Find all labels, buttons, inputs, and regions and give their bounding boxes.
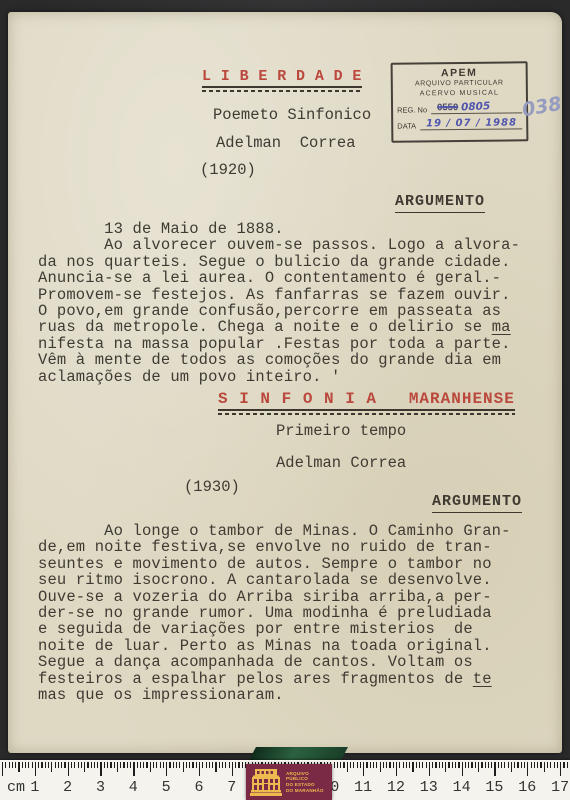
ruler-tick	[58, 762, 59, 768]
section2-argument-heading: ARGUMENTO	[432, 493, 522, 513]
building-icon	[249, 767, 283, 797]
ruler-tick	[15, 762, 16, 768]
ruler-tick	[137, 762, 138, 768]
ruler-tick	[84, 762, 85, 772]
section2-year: (1930)	[184, 478, 240, 496]
typewritten-line: der-se no grande rumor. Uma modinha é pr…	[38, 605, 511, 621]
ruler-tick	[547, 762, 548, 768]
ruler-tick	[370, 762, 371, 768]
typewritten-line: mas que os impressionaram.	[38, 687, 511, 703]
ruler-tick	[153, 762, 154, 768]
stamp-date-handwritten: 19 / 07 / 1988	[426, 117, 517, 129]
ruler-tick	[51, 762, 52, 772]
ruler-tick	[238, 762, 239, 768]
stamp-line-arquivo-particular: ARQUIVO PARTICULAR	[397, 79, 522, 87]
ruler-label: 11	[354, 779, 372, 796]
ruler-tick	[68, 762, 69, 776]
section1-paragraph: 13 de Maio de 1888. Ao alvorecer ouvem-s…	[38, 221, 520, 385]
section2-movement: Primeiro tempo	[276, 422, 406, 440]
typewritten-line: Ao longe o tambor de Minas. O Caminho Gr…	[38, 523, 511, 539]
stamp-reg-struck-number: 0550	[437, 102, 458, 113]
ruler-tick	[81, 762, 82, 768]
ruler-tick	[511, 762, 512, 772]
ruler-tick	[146, 762, 147, 768]
ruler-tick	[360, 762, 361, 768]
ruler-tick	[74, 762, 75, 768]
ruler-tick	[563, 762, 564, 768]
ruler-tick	[55, 762, 56, 768]
section2-author: Adelman Correa	[276, 454, 406, 472]
ruler-label: 4	[129, 779, 138, 796]
ruler-tick	[386, 762, 387, 768]
typewritten-line: aclamações de um povo inteiro. '	[38, 369, 520, 385]
ruler-tick	[22, 762, 23, 768]
ruler-tick	[462, 762, 463, 776]
ruler-tick	[97, 762, 98, 768]
ruler-label: 15	[485, 779, 503, 796]
ruler-tick	[376, 762, 377, 768]
typewritten-line: Anuncia-se a lei aurea. O contentamento …	[38, 270, 520, 286]
ruler-tick	[219, 762, 220, 768]
ruler-tick	[416, 762, 417, 768]
hyphenation-underline: te	[473, 670, 492, 688]
ruler-tick	[212, 762, 213, 768]
ruler-label: 3	[96, 779, 105, 796]
ruler-tick	[389, 762, 390, 768]
ruler-tick	[452, 762, 453, 768]
ruler-tick	[61, 762, 62, 768]
ruler-tick	[508, 762, 509, 768]
ruler-tick	[383, 762, 384, 768]
ruler-tick	[521, 762, 522, 768]
ruler-tick	[41, 762, 42, 768]
ruler-tick	[373, 762, 374, 768]
ruler-tick	[160, 762, 161, 768]
ruler-tick	[517, 762, 518, 768]
ruler-tick	[229, 762, 230, 768]
typewritten-line: da nos quarteis. Segue o bulicio da gran…	[38, 254, 520, 270]
hyphenation-underline: ma	[492, 318, 511, 336]
ruler-label: 6	[194, 779, 203, 796]
ruler-tick	[531, 762, 532, 768]
ruler-tick	[445, 762, 446, 772]
ruler-label: 5	[162, 779, 171, 796]
ruler-tick	[366, 762, 367, 768]
typewritten-line: seuntes e movimento de autos. Sempre o t…	[38, 556, 511, 572]
ruler-tick	[5, 762, 6, 768]
stamp-reg-row: REG. No 0550 0805	[397, 100, 522, 114]
ruler-tick	[186, 762, 187, 768]
typewritten-line: ruas da metropole. Chega a noite e o del…	[38, 319, 520, 335]
typewritten-line: O povo,em grande confusão,percorre em pa…	[38, 303, 520, 319]
archive-stamp: APEM ARQUIVO PARTICULAR ACERVO MUSICAL R…	[391, 61, 529, 142]
ruler-tick	[156, 762, 157, 768]
ruler-tick	[340, 762, 341, 768]
ruler-label: 16	[518, 779, 536, 796]
ruler-tick	[150, 762, 151, 772]
ruler-label: 12	[387, 779, 405, 796]
ruler-tick	[123, 762, 124, 768]
ruler-tick	[107, 762, 108, 768]
ruler-tick	[501, 762, 502, 768]
ruler-label: 14	[453, 779, 471, 796]
section1-year: (1920)	[200, 161, 256, 179]
ruler-tick	[173, 762, 174, 768]
stamp-reg-label: REG. No	[397, 105, 427, 114]
ruler-tick	[399, 762, 400, 768]
ruler-tick	[104, 762, 105, 768]
typewritten-line: e seguida de variações por entre misteri…	[38, 621, 511, 637]
ruler-tick	[78, 762, 79, 768]
ruler-tick	[9, 762, 10, 768]
logo-text: ARQUIVOPÚBLICODO ESTADODO MARANHÃO	[286, 771, 324, 793]
ruler-tick	[419, 762, 420, 768]
ruler-label: 1	[30, 779, 39, 796]
ruler-tick	[363, 762, 364, 776]
ruler-tick	[183, 762, 184, 772]
ruler-tick	[353, 762, 354, 768]
ruler-unit-label: cm	[7, 779, 25, 796]
ruler-tick	[235, 762, 236, 768]
typewritten-line: festeiros a espalhar pelos ares fragment…	[38, 671, 511, 687]
ruler-tick	[432, 762, 433, 768]
typewritten-line: seu ritmo isocrono. A cantarolada se des…	[38, 572, 511, 588]
ruler-tick	[458, 762, 459, 768]
ruler-tick	[514, 762, 515, 768]
ruler-tick	[343, 762, 344, 768]
ruler-tick	[455, 762, 456, 768]
ruler-tick	[64, 762, 65, 768]
ruler-tick	[87, 762, 88, 768]
ruler-label: 2	[63, 779, 72, 796]
ruler-tick	[357, 762, 358, 768]
ruler-tick	[465, 762, 466, 768]
ruler-tick	[232, 762, 233, 776]
ruler-tick	[176, 762, 177, 768]
ruler-tick	[140, 762, 141, 768]
typewritten-line: Ao alvorecer ouvem-se passos. Logo a alv…	[38, 237, 520, 253]
section1-argument-heading: ARGUMENTO	[395, 193, 485, 213]
ruler-tick	[550, 762, 551, 768]
ruler-tick	[18, 762, 19, 772]
ruler-tick	[468, 762, 469, 768]
ruler-tick	[412, 762, 413, 772]
ruler-label: 13	[420, 779, 438, 796]
ruler-tick	[110, 762, 111, 768]
ruler-tick	[534, 762, 535, 768]
ruler-tick	[475, 762, 476, 768]
ruler-tick	[127, 762, 128, 768]
ruler-tick	[350, 762, 351, 768]
ruler-tick	[28, 762, 29, 768]
ruler-tick	[494, 762, 495, 776]
ruler-tick	[117, 762, 118, 772]
ruler-tick	[396, 762, 397, 776]
ruler-tick	[12, 762, 13, 768]
ruler-tick	[491, 762, 492, 768]
section1-author: Adelman Correa	[216, 134, 356, 152]
stamp-org: APEM	[397, 66, 522, 79]
ruler-tick	[485, 762, 486, 768]
stamp-reg-fill-line: 0550 0805	[431, 100, 522, 114]
ruler-tick	[143, 762, 144, 768]
ruler-tick	[557, 762, 558, 768]
ruler-tick	[45, 762, 46, 768]
ruler-tick	[448, 762, 449, 768]
ruler-tick	[32, 762, 33, 768]
stamp-date-fill-line: 19 / 07 / 1988	[420, 117, 522, 130]
ruler-tick	[169, 762, 170, 768]
ruler-tick	[524, 762, 525, 768]
ruler-tick	[504, 762, 505, 768]
typewritten-line: Segue a dança acompanhada de cantos. Vol…	[38, 654, 511, 670]
typewritten-line: Ouve-se a vozeria do Arriba siriba arrib…	[38, 589, 511, 605]
ruler-tick	[215, 762, 216, 772]
ruler-tick	[567, 762, 568, 768]
ruler-tick	[130, 762, 131, 768]
ruler-tick	[196, 762, 197, 768]
ruler-tick	[426, 762, 427, 768]
ruler-tick	[347, 762, 348, 772]
stamp-date-label: DATA	[397, 121, 416, 130]
ruler-tick	[202, 762, 203, 768]
ruler-tick	[35, 762, 36, 776]
stamp-line-acervo-musical: ACERVO MUSICAL	[397, 89, 522, 97]
ruler-tick	[544, 762, 545, 772]
ruler-tick	[209, 762, 210, 768]
typewritten-line: Vêm à mente de todos as comoções do gran…	[38, 352, 520, 368]
typewritten-line: Promovem-se festejos. As fanfarras se fa…	[38, 287, 520, 303]
ruler-tick	[91, 762, 92, 768]
ruler-tick	[94, 762, 95, 768]
logo-text-line: DO MARANHÃO	[286, 788, 324, 794]
ruler-tick	[337, 762, 338, 768]
typewritten-line: nifesta na massa popular .Festas por tod…	[38, 336, 520, 352]
ruler-tick	[429, 762, 430, 776]
ruler-tick	[380, 762, 381, 772]
ruler-tick	[206, 762, 207, 768]
ruler-tick	[403, 762, 404, 768]
ruler-tick	[166, 762, 167, 776]
ruler-tick	[488, 762, 489, 768]
ruler-tick	[527, 762, 528, 776]
ruler-tick	[242, 762, 243, 768]
ruler-tick	[192, 762, 193, 768]
ruler-tick	[471, 762, 472, 768]
ruler-tick	[498, 762, 499, 768]
ruler-tick	[393, 762, 394, 768]
ruler-tick	[38, 762, 39, 768]
typewritten-line: 13 de Maio de 1888.	[38, 221, 520, 237]
ruler-tick	[199, 762, 200, 776]
section1-subtitle: Poemeto Sinfonico	[213, 106, 371, 124]
ruler-tick	[133, 762, 134, 776]
ruler-tick	[71, 762, 72, 768]
ruler-label: 17	[551, 779, 569, 796]
ruler-tick	[189, 762, 190, 768]
ruler-tick	[540, 762, 541, 768]
typewritten-line: de,em noite festiva,se envolve no ruido …	[38, 539, 511, 555]
stamp-reg-handwritten-number: 0805	[461, 100, 491, 113]
ruler-tick	[2, 762, 3, 776]
ruler-tick	[409, 762, 410, 768]
archive-logo: ARQUIVOPÚBLICODO ESTADODO MARANHÃO	[246, 764, 332, 800]
ruler-tick	[422, 762, 423, 768]
ruler-tick	[334, 762, 335, 768]
ruler-tick	[481, 762, 482, 768]
ruler-tick	[25, 762, 26, 768]
ruler-tick	[537, 762, 538, 768]
ruler-tick	[560, 762, 561, 776]
section2-title: S I N F O N I A MARANHENSE	[218, 390, 515, 416]
ruler-tick	[222, 762, 223, 768]
ruler-tick	[163, 762, 164, 768]
ruler-tick	[114, 762, 115, 768]
document-page: L I B E R D A D E Poemeto Sinfonico Adel…	[8, 12, 562, 753]
ruler-tick	[225, 762, 226, 768]
ruler-label: 7	[227, 779, 236, 796]
section2-paragraph: Ao longe o tambor de Minas. O Caminho Gr…	[38, 523, 511, 703]
ruler-tick	[439, 762, 440, 768]
ruler-tick	[406, 762, 407, 768]
stamp-date-row: DATA 19 / 07 / 1988	[397, 117, 522, 130]
ruler-tick	[554, 762, 555, 768]
ruler-tick	[442, 762, 443, 768]
ruler-tick	[100, 762, 101, 776]
ruler-tick	[48, 762, 49, 768]
ruler-tick	[435, 762, 436, 768]
ruler-tick	[179, 762, 180, 768]
typewritten-line: noite de luar. Perto as Minas na toada o…	[38, 638, 511, 654]
ruler-tick	[478, 762, 479, 772]
ruler-tick	[120, 762, 121, 768]
section1-title: L I B E R D A D E	[202, 68, 362, 93]
